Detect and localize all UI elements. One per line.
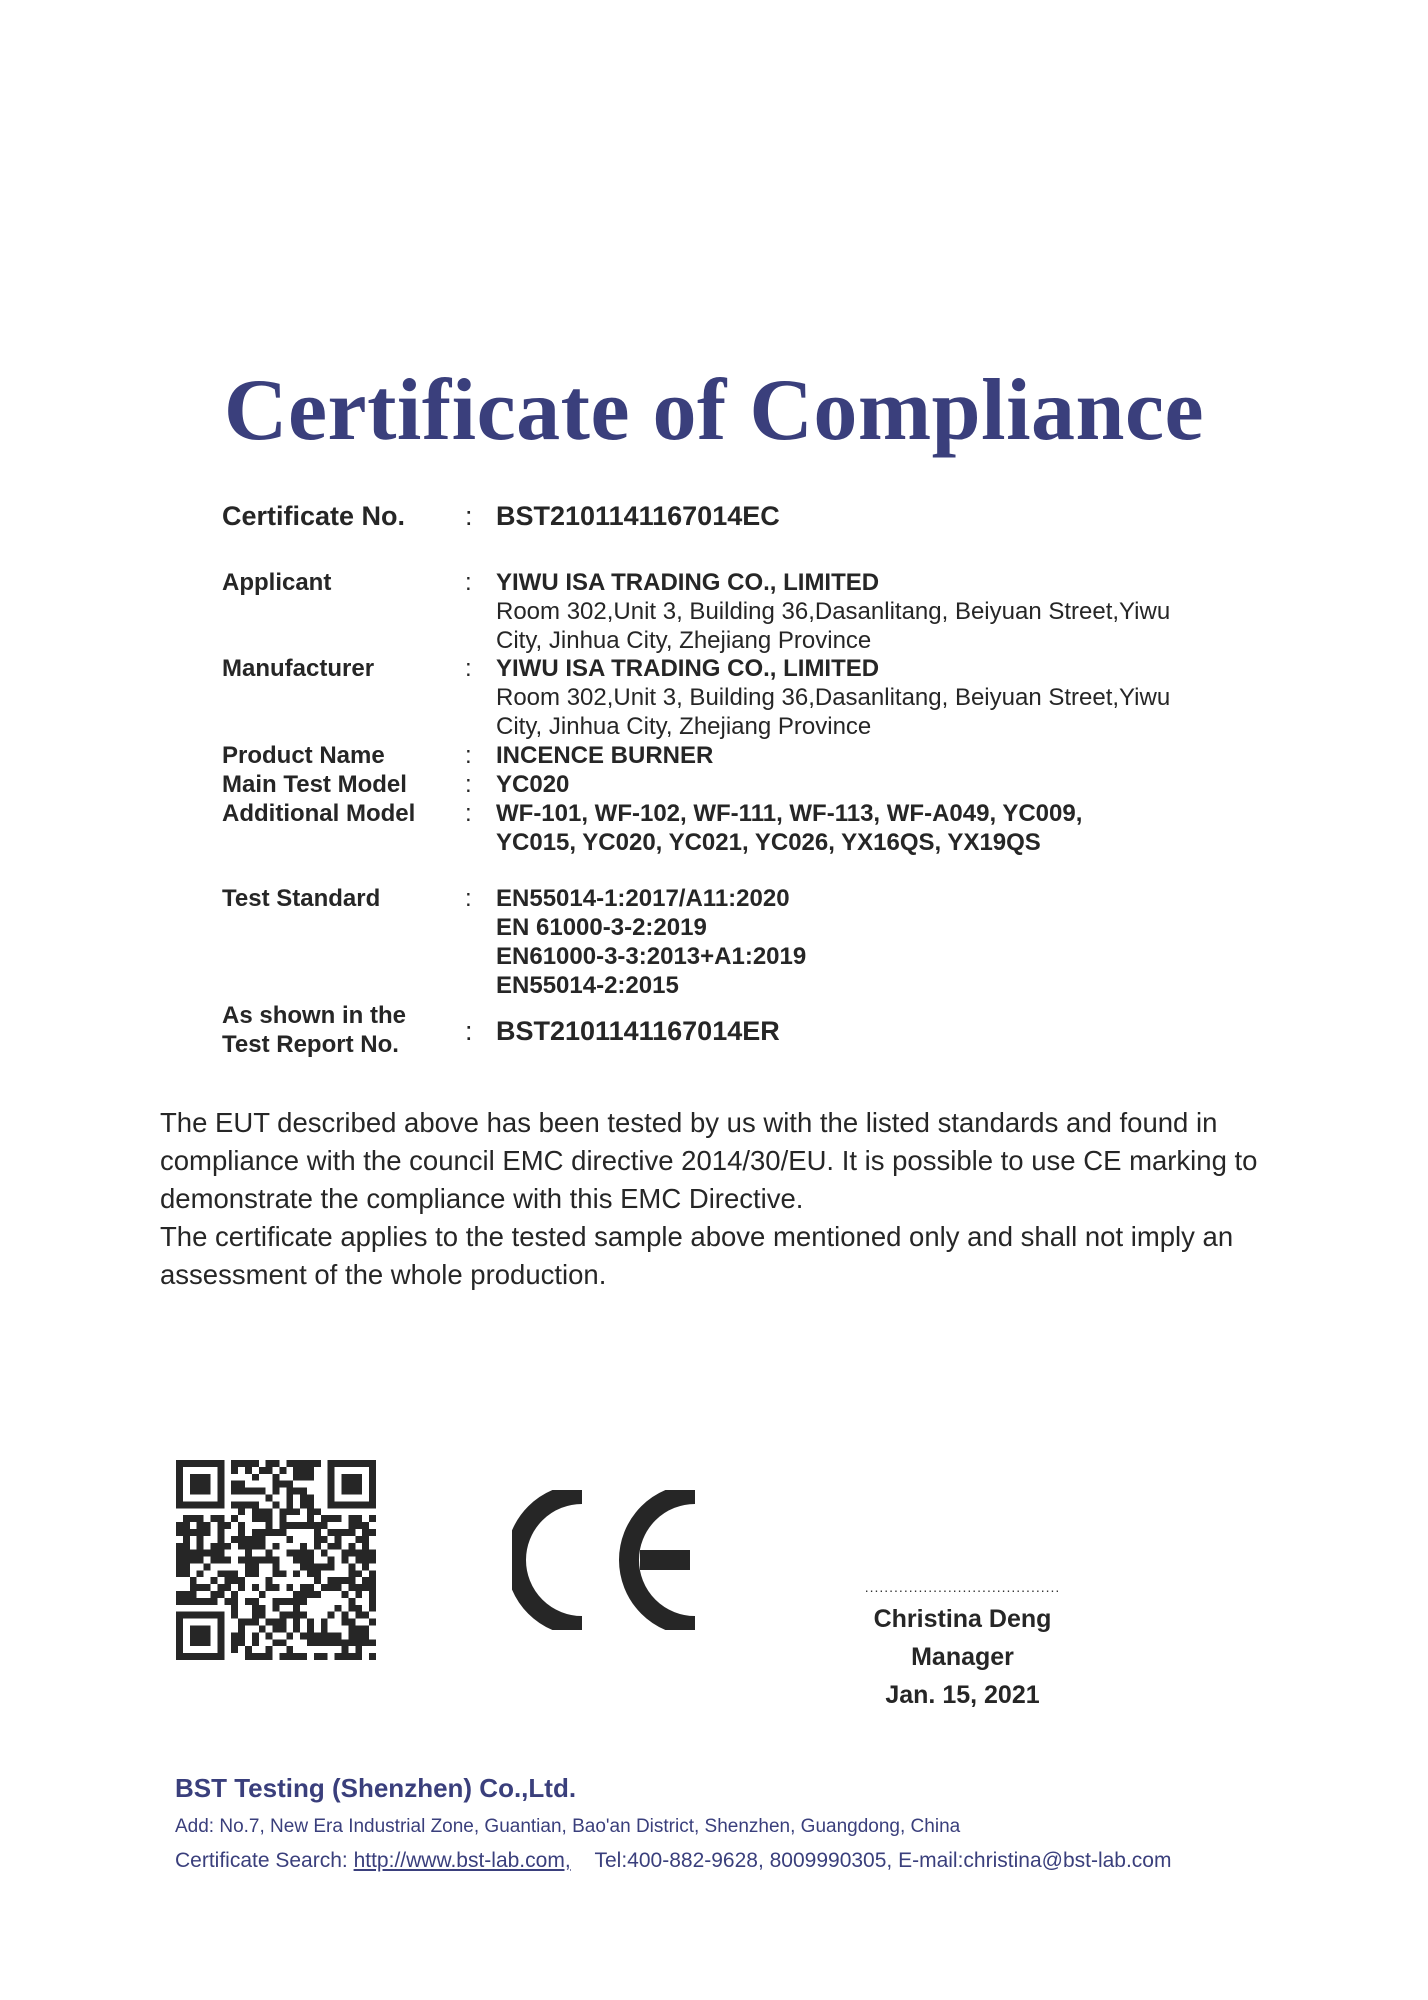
qr-code-icon [176,1460,376,1660]
certificate-no-label: Certificate No. [222,500,405,532]
issuer-company: BST Testing (Shenzhen) Co.,Ltd. [175,1770,1375,1806]
test-report-value: BST2101141167014ER [496,1015,780,1047]
separator: : [465,500,473,532]
certificate-title: Certificate of Compliance [0,360,1428,461]
test-standard-value: EN55014-1:2017/A11:2020 EN 61000-3-2:201… [496,884,806,1000]
product-name-label: Product Name [222,741,385,770]
separator: : [465,654,472,683]
separator: : [465,770,472,799]
applicant-label: Applicant [222,568,331,597]
main-test-model-label: Main Test Model [222,770,407,799]
separator: : [465,884,472,913]
signatory-name: Christina Deng [840,1600,1085,1638]
ce-mark-icon [512,1490,702,1630]
manufacturer-label: Manufacturer [222,654,374,683]
additional-model-value: WF-101, WF-102, WF-111, WF-113, WF-A049,… [496,799,1082,857]
signature-block: ........................................… [840,1580,1085,1714]
compliance-statement: The EUT described above has been tested … [160,1104,1280,1294]
main-test-model-value: YC020 [496,770,569,799]
separator: : [465,568,472,597]
separator: : [465,1017,473,1046]
test-standard-label: Test Standard [222,884,380,913]
manufacturer-value: YIWU ISA TRADING CO., LIMITED Room 302,U… [496,654,1170,741]
certificate-no-value: BST2101141167014EC [496,500,780,532]
test-report-label: As shown in the Test Report No. [222,1001,406,1059]
separator: : [465,799,472,828]
certificate-search-label: Certificate Search: [175,1849,354,1872]
statement-paragraph-1: The EUT described above has been tested … [160,1104,1280,1218]
signature-line: ........................................ [840,1580,1085,1594]
issuer-contact: Certificate Search: http://www.bst-lab.c… [175,1844,1375,1878]
additional-model-label: Additional Model [222,799,415,828]
signatory-role: Manager [840,1638,1085,1676]
certificate-search-link[interactable]: http://www.bst-lab.com, [354,1849,571,1872]
statement-paragraph-2: The certificate applies to the tested sa… [160,1218,1280,1294]
separator: : [465,741,472,770]
contact-details: Tel:400-882-9628, 8009990305, E-mail:chr… [595,1849,1172,1872]
applicant-value: YIWU ISA TRADING CO., LIMITED Room 302,U… [496,568,1170,655]
issuer-address: Add: No.7, New Era Industrial Zone, Guan… [175,1810,1375,1844]
issuer-footer: BST Testing (Shenzhen) Co.,Ltd. Add: No.… [175,1770,1375,1878]
signature-date: Jan. 15, 2021 [840,1676,1085,1714]
product-name-value: INCENCE BURNER [496,741,713,770]
